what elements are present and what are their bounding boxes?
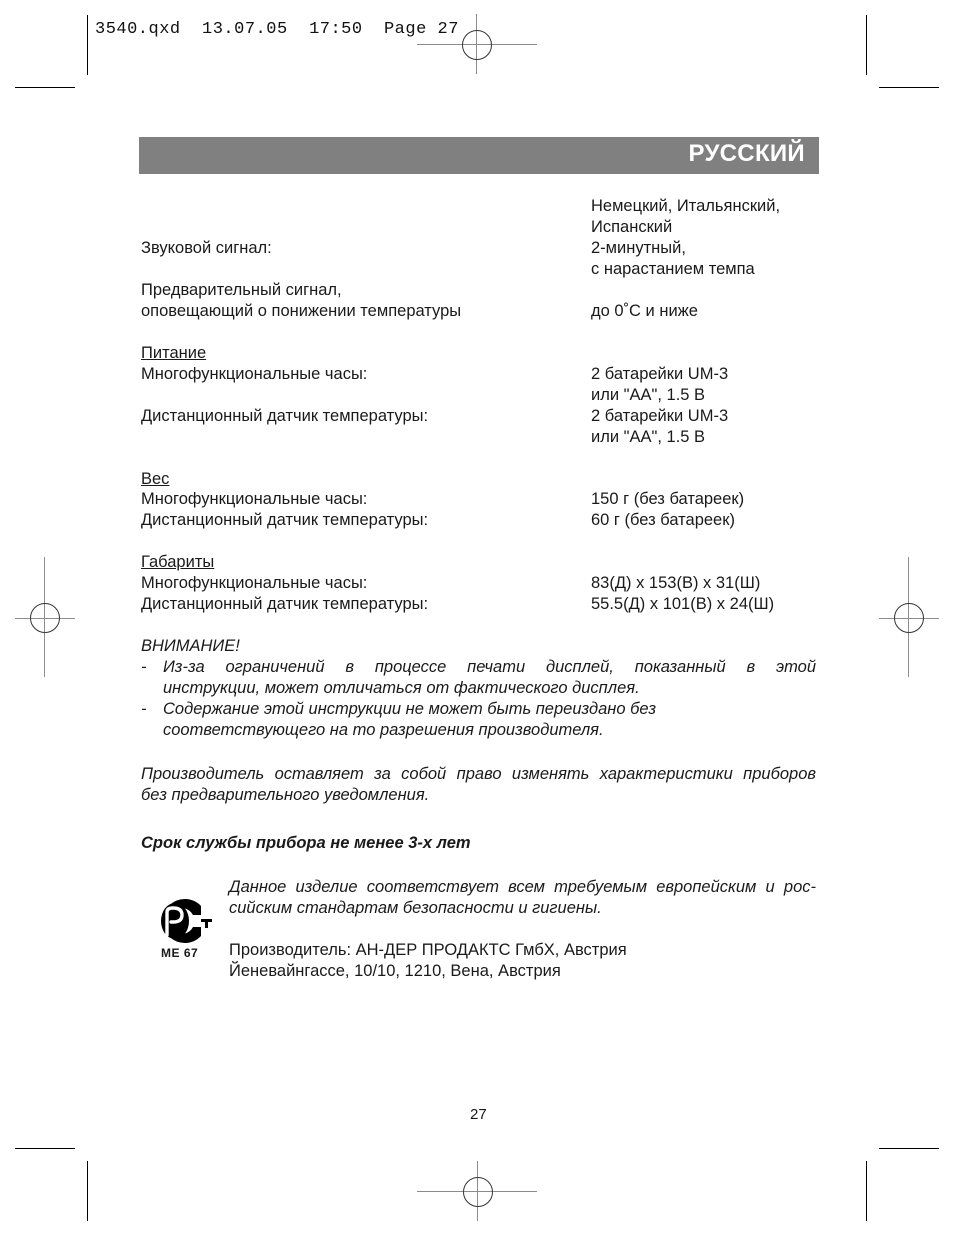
alarm-label: Звуковой сигнал: (141, 238, 272, 259)
languages-value-line1: Немецкий, Итальянский, (591, 196, 780, 217)
dimensions-heading: Габариты (141, 552, 214, 573)
dimensions-clock-value: 83(Д) х 153(В) х 31(Ш) (591, 573, 760, 594)
languages-value-line2: Испанский (591, 217, 672, 238)
weight-sensor-label: Дистанционный датчик температуры: (141, 510, 428, 531)
notice-bullet-1: - (141, 657, 147, 678)
crop-mark-bottom-left-vertical (87, 1161, 88, 1221)
disclaimer-line1: Производитель оставляет за собой право и… (141, 764, 816, 785)
power-sensor-label: Дистанционный датчик температуры: (141, 406, 428, 427)
dimensions-clock-label: Многофункциональные часы: (141, 573, 367, 594)
crop-mark-top-left-horizontal (15, 87, 75, 88)
weight-sensor-value: 60 г (без батареек) (591, 510, 735, 531)
alarm-value-line2: с нарастанием темпа (591, 259, 755, 280)
rst-certification-mark-icon (153, 897, 213, 945)
disclaimer-line2: без предварительного уведомления. (141, 785, 429, 806)
certification-code: МЕ 67 (161, 946, 198, 960)
pre-alarm-label-line2: оповещающий о понижении температуры (141, 301, 461, 322)
power-sensor-value-line2: или "АА", 1.5 В (591, 427, 705, 448)
notice-item-2-line1: Содержание этой инструкции не может быть… (163, 699, 656, 720)
slug-page: Page 27 (384, 20, 459, 39)
service-life: Срок службы прибора не менее 3-х лет (141, 833, 471, 854)
pre-alarm-label-line1: Предварительный сигнал, (141, 280, 342, 301)
registration-circle-left (30, 603, 60, 633)
certification-statement-line1: Данное изделие соответствует всем требуе… (229, 877, 816, 898)
slug-date: 13.07.05 (202, 20, 288, 39)
weight-clock-value: 150 г (без батареек) (591, 489, 744, 510)
registration-circle-right (894, 603, 924, 633)
pre-alarm-value: до 0˚С и ниже (591, 301, 698, 322)
crop-mark-top-right-horizontal (879, 87, 939, 88)
crop-mark-bottom-left-horizontal (15, 1148, 75, 1149)
certification-statement-line2: сийским стандартам безопасности и гигиен… (229, 898, 602, 919)
power-sensor-value-line1: 2 батарейки UM-3 (591, 406, 728, 427)
manufacturer-line2: Йеневайнгассе, 10/10, 1210, Вена, Австри… (229, 961, 561, 982)
power-clock-label: Многофункциональные часы: (141, 364, 367, 385)
weight-clock-label: Многофункциональные часы: (141, 489, 367, 510)
registration-circle-bottom (463, 1177, 493, 1207)
power-heading: Питание (141, 343, 206, 364)
language-title: РУССКИЙ (688, 140, 805, 168)
crop-mark-bottom-right-vertical (866, 1161, 867, 1221)
crop-mark-bottom-right-horizontal (879, 1148, 939, 1149)
weight-heading: Вес (141, 469, 169, 490)
crop-mark-top-left-vertical (87, 15, 88, 75)
power-clock-value-line2: или "АА", 1.5 В (591, 385, 705, 406)
printer-slug: 3540.qxd 13.07.05 17:50 Page 27 (95, 20, 459, 39)
crop-mark-top-right-vertical (866, 15, 867, 75)
notice-item-2-line2: соответствующего на то разрешения произв… (163, 720, 604, 741)
notice-item-1-line1: Из-за ограничений в процессе печати дисп… (163, 657, 816, 678)
alarm-value-line1: 2-минутный, (591, 238, 686, 259)
dimensions-sensor-label: Дистанционный датчик температуры: (141, 594, 428, 615)
dimensions-sensor-value: 55.5(Д) х 101(В) х 24(Ш) (591, 594, 774, 615)
slug-time: 17:50 (309, 20, 363, 39)
page-number: 27 (470, 1106, 487, 1123)
notice-bullet-2: - (141, 699, 147, 720)
language-header-band: РУССКИЙ (139, 137, 819, 174)
manufacturer-line1: Производитель: АН-ДЕР ПРОДАКТС ГмбХ, Авс… (229, 940, 627, 961)
registration-circle-top (462, 30, 492, 60)
slug-file: 3540.qxd (95, 20, 181, 39)
power-clock-value-line1: 2 батарейки UM-3 (591, 364, 728, 385)
notice-item-1-line2: инструкции, может отличаться от фактичес… (163, 678, 640, 699)
notice-heading: ВНИМАНИЕ! (141, 636, 240, 657)
